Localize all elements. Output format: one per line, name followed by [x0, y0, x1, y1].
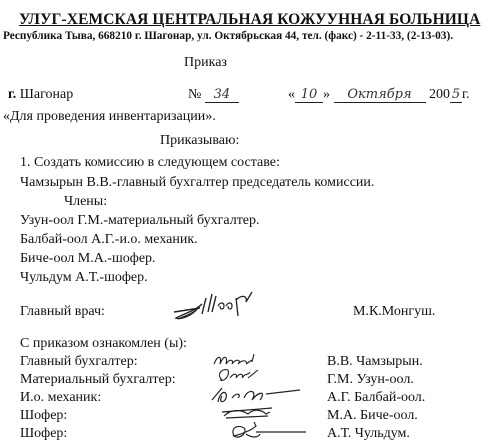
document-date: «10» Октября 2005г. [288, 87, 470, 103]
ack-name: А.Г. Балбай-оол. [327, 390, 425, 406]
ack-role: И.о. механик: [20, 390, 101, 406]
date-open-quote: « [288, 87, 295, 102]
date-close-quote: » [323, 87, 330, 102]
ack-signatures [208, 350, 318, 445]
number-sign: № [188, 87, 201, 102]
city-name: Шагонар [20, 87, 73, 102]
date-year-digit: 5 [450, 87, 462, 103]
ack-name: В.В. Чамзырын. [327, 354, 423, 370]
commission-chairman: Чамзырын В.В.-главный бухгалтер председа… [20, 175, 374, 191]
ack-name: А.Т. Чульдум. [327, 426, 410, 442]
head-name: М.К.Монгуш. [353, 304, 435, 320]
ack-role: Шофер: [20, 408, 67, 424]
document-number: № 34 [188, 87, 239, 103]
order-heading: Приказываю: [160, 133, 239, 149]
date-year-prefix: 200 [429, 87, 450, 102]
ack-name: М.А. Биче-оол. [327, 408, 418, 424]
document-kind: Приказ [184, 55, 227, 71]
ack-name: Г.М. Узун-оол. [327, 372, 414, 388]
organization-title: УЛУГ-ХЕМСКАЯ ЦЕНТРАЛЬНАЯ КОЖУУННАЯ БОЛЬН… [19, 11, 480, 29]
members-label: Члены: [64, 194, 107, 210]
ack-role: Главный бухгалтер: [20, 354, 138, 370]
order-item-1: 1. Создать комиссию в следующем составе: [20, 155, 280, 171]
organization-address: Республика Тыва, 668210 г. Шагонар, ул. … [3, 30, 453, 42]
date-day: 10 [295, 87, 323, 103]
date-month: Октября [334, 87, 426, 103]
number-value: 34 [205, 87, 239, 103]
document-city: г. Шагонар [8, 87, 73, 103]
ack-role: Материальный бухгалтер: [20, 372, 176, 388]
member-item: Балбай-оол А.Г.-и.о. механик. [20, 232, 198, 248]
acknowledged-label: С приказом ознакомлен (ы): [20, 336, 187, 352]
member-item: Биче-оол М.А.-шофер. [20, 251, 156, 267]
head-role: Главный врач: [20, 304, 105, 320]
member-item: Узун-оол Г.М.-материальный бухгалтер. [20, 213, 260, 229]
member-item: Чульдум А.Т.-шофер. [20, 270, 148, 286]
ack-role: Шофер: [20, 426, 67, 442]
city-prefix: г. [8, 87, 16, 102]
date-year-suffix: г. [462, 87, 470, 102]
document-subject: «Для проведения инвентаризации». [3, 109, 216, 125]
head-signature [172, 286, 262, 324]
